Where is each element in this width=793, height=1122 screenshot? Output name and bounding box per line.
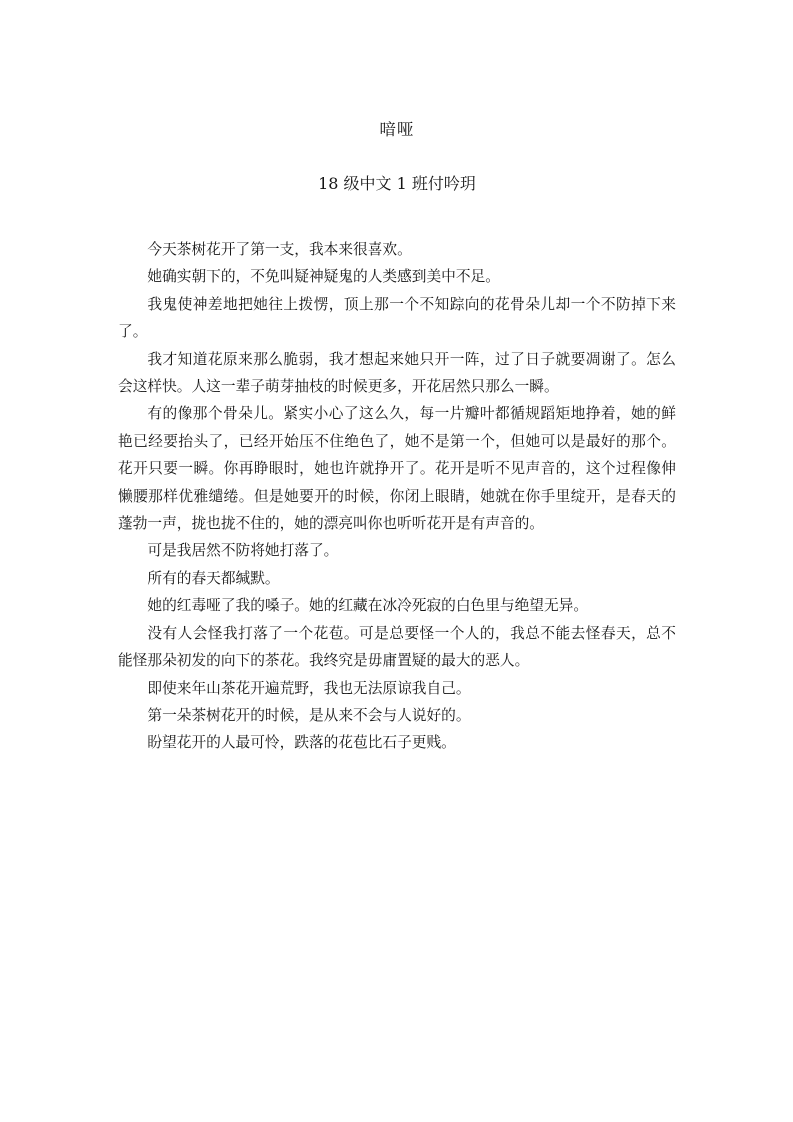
body-paragraph: 我才知道花原来那么脆弱，我才想起来她只开一阵，过了日子就要凋谢了。怎么会这样快。… <box>118 346 676 401</box>
document-title: 喑哑 <box>118 119 676 141</box>
body-paragraph: 今天茶树花开了第一支，我本来很喜欢。 <box>118 236 676 263</box>
document-page: 喑哑 18 级中文 1 班付吟玥 今天茶树花开了第一支，我本来很喜欢。她确实朝下… <box>0 0 793 1122</box>
document-content: 喑哑 18 级中文 1 班付吟玥 今天茶树花开了第一支，我本来很喜欢。她确实朝下… <box>0 0 793 757</box>
body-paragraph: 有的像那个骨朵儿。紧实小心了这么久，每一片瓣叶都循规蹈矩地挣着，她的鲜艳已经要抬… <box>118 400 676 537</box>
document-body: 今天茶树花开了第一支，我本来很喜欢。她确实朝下的，不免叫疑神疑鬼的人类感到美中不… <box>118 236 676 757</box>
body-paragraph: 她确实朝下的，不免叫疑神疑鬼的人类感到美中不足。 <box>118 263 676 290</box>
body-paragraph: 可是我居然不防将她打落了。 <box>118 537 676 564</box>
body-paragraph: 没有人会怪我打落了一个花苞。可是总要怪一个人的，我总不能去怪春天，总不能怪那朵初… <box>118 620 676 675</box>
body-paragraph: 盼望花开的人最可怜，跌落的花苞比石子更贱。 <box>118 729 676 756</box>
body-paragraph: 第一朵茶树花开的时候，是从来不会与人说好的。 <box>118 702 676 729</box>
body-paragraph: 即使来年山茶花开遍荒野，我也无法原谅我自己。 <box>118 675 676 702</box>
body-paragraph: 我鬼使神差地把她往上拨愣，顶上那一个不知踪向的花骨朵儿却一个不防掉下来了。 <box>118 291 676 346</box>
document-byline: 18 级中文 1 班付吟玥 <box>118 173 676 195</box>
body-paragraph: 所有的春天都缄默。 <box>118 565 676 592</box>
body-paragraph: 她的红毒哑了我的嗓子。她的红藏在冰冷死寂的白色里与绝望无异。 <box>118 592 676 619</box>
